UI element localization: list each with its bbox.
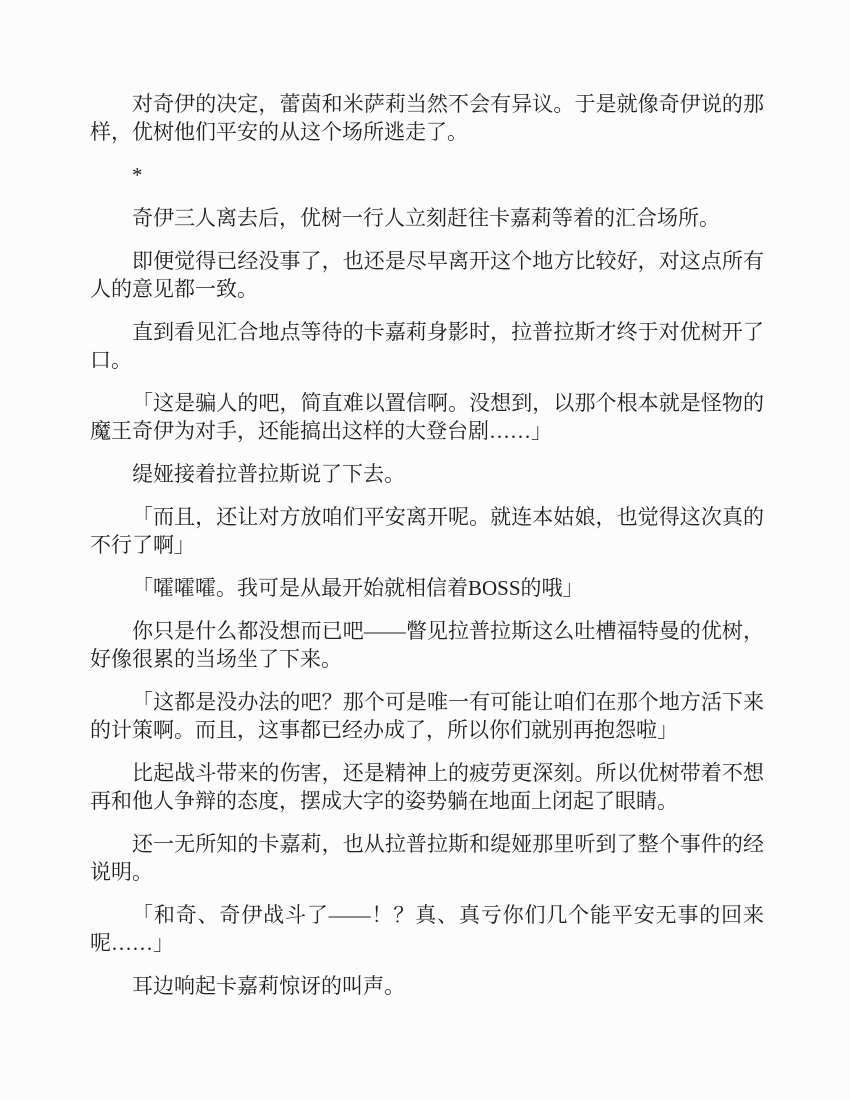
paragraph: 还一无所知的卡嘉莉，也从拉普拉斯和缇娅那里听到了整个事件的经说明。 (90, 830, 764, 886)
dialogue-paragraph: 「而且，还让对方放咱们平安离开呢。就连本姑娘，也觉得这次真的不行了啊」 (90, 503, 764, 559)
paragraph: 对奇伊的决定，蕾茵和米萨莉当然不会有异议。于是就像奇伊说的那样，优树他们平安的从… (90, 90, 764, 146)
paragraph: 直到看见汇合地点等待的卡嘉莉身影时，拉普拉斯才终于对优树开了口。 (90, 318, 764, 374)
paragraph: 缇娅接着拉普拉斯说了下去。 (90, 460, 764, 488)
section-break-asterisk: * (90, 161, 764, 189)
dialogue-paragraph: 「嚯嚯嚯。我可是从最开始就相信着BOSS的哦」 (90, 574, 764, 602)
dialogue-paragraph: 「这都是没办法的吧？那个可是唯一有可能让咱们在那个地方活下来的计策啊。而且，这事… (90, 688, 764, 744)
ebook-text-page: 对奇伊的决定，蕾茵和米萨莉当然不会有异议。于是就像奇伊说的那样，优树他们平安的从… (0, 0, 850, 1100)
paragraph: 比起战斗带来的伤害，还是精神上的疲劳更深刻。所以优树带着不想再和他人争辩的态度，… (90, 759, 764, 815)
paragraph: 即便觉得已经没事了，也还是尽早离开这个地方比较好，对这点所有人的意见都一致。 (90, 247, 764, 303)
dialogue-paragraph: 「和奇、奇伊战斗了——！？真、真亏你们几个能平安无事的回来呢……」 (90, 901, 764, 957)
paragraph: 奇伊三人离去后，优树一行人立刻赶往卡嘉莉等着的汇合场所。 (90, 204, 764, 232)
paragraph: 你只是什么都没想而已吧——瞥见拉普拉斯这么吐槽福特曼的优树，好像很累的当场坐了下… (90, 617, 764, 673)
paragraph: 耳边响起卡嘉莉惊讶的叫声。 (90, 972, 764, 1000)
dialogue-paragraph: 「这是骗人的吧，简直难以置信啊。没想到，以那个根本就是怪物的魔王奇伊为对手，还能… (90, 389, 764, 445)
